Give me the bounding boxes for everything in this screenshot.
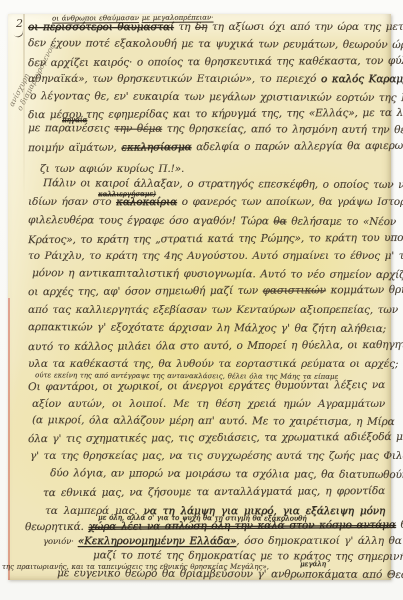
manuscript-line: φιλελευθέρα τους έγραφε όσο αγαθόν! Τώρα… bbox=[28, 214, 385, 229]
manuscript-text: υλα τα καθέκαστά της, θα λυθούν τα εορτα… bbox=[28, 358, 398, 370]
manuscript-line: αρπακτικών γ' εξοχότατε άρχισαν λη Μάλχο… bbox=[28, 321, 385, 336]
manuscript-text: δεν έχουν ποτέ εξακολουθή με τα ψυχικά τ… bbox=[28, 37, 403, 51]
manuscript-line: τα εθνικά μας, να ζήσουμε τα ανταλλάγματ… bbox=[43, 485, 385, 500]
manuscript-line: Κράτος», το κράτη της „στρατιά κατά της … bbox=[28, 232, 385, 247]
manuscript-text: αξίον αυτών, οι λοιποί. Με τη θέση χρειά… bbox=[32, 398, 385, 410]
manuscript-line: αθηναϊκά», των θρησκευτικών Εταιριών», τ… bbox=[28, 73, 385, 86]
manuscript-line: δύο λόγια, αν μπορώ να μοιράσω τα σχόλια… bbox=[50, 467, 385, 482]
manuscript-text: εκκλησίασμα bbox=[121, 141, 191, 153]
manuscript-text: όλα γ' τις σχηματικές μας, τις σχεδιάσει… bbox=[28, 431, 403, 445]
manuscript-text: από τας καλλιεργητάς εξεβίασαν των Κεντα… bbox=[28, 304, 398, 316]
manuscript-lines: οι άνθρωποι εθαύμασαν με μεγαλοπρέπειαν·… bbox=[0, 0, 403, 600]
manuscript-text: τα εθνικά μας, να ζήσουμε τα ανταλλάγματ… bbox=[43, 485, 385, 499]
manuscript-text: γονιόν· bbox=[43, 537, 78, 547]
manuscript-line: ο λέγοντας θε, εν' ευκαιρία των μεγάλων … bbox=[30, 90, 385, 105]
manuscript-text: καλοκαίρια bbox=[116, 196, 177, 208]
manuscript-text: με ευγενικό θεωρό θα θριαμβεύσουν γ' ανθ… bbox=[57, 567, 403, 581]
manuscript-text: δη bbox=[195, 21, 207, 33]
manuscript-text: την θέμα bbox=[114, 123, 162, 135]
manuscript-line: δεν έχουν ποτέ εξακολουθή με τα ψυχικά τ… bbox=[28, 37, 385, 52]
manuscript-text: Πάλιν οι καιροί άλλαξαν, ο στρατηγός επε… bbox=[43, 177, 403, 191]
manuscript-line: οι περισσότεροι θαυμασταί τη δη τη αξίωσ… bbox=[28, 21, 385, 34]
manuscript-text: μαζί το ποτέ της δημοκρατίας με το κράτο… bbox=[93, 549, 403, 563]
manuscript-line: αξίον αυτών, οι λοιποί. Με τη θέση χρειά… bbox=[32, 398, 385, 411]
manuscript-line: μεγάλη bbox=[300, 560, 326, 568]
manuscript-text: θα bbox=[273, 215, 286, 227]
manuscript-text: της θρησκείας, από το λησμόνη αυτή την θ… bbox=[162, 123, 403, 136]
manuscript-line: με παραινέσεις την θέμα της θρησκείας, α… bbox=[28, 122, 385, 137]
manuscript-text: ο καλός Καραμβίλης bbox=[321, 73, 403, 85]
manuscript-text: με παραινέσεις bbox=[28, 122, 114, 134]
manuscript-text: γ' τα της θρησκείας μας, να τις συγχωρέσ… bbox=[30, 450, 403, 462]
manuscript-line: μόνον η αντικαπιταλιστική φυσιογνωμία. Α… bbox=[32, 267, 385, 282]
manuscript-text: κομμάτων θρησκειών μας bbox=[326, 283, 403, 296]
manuscript-line: γ' τα της θρησκείας μας, να τις συγχωρέσ… bbox=[30, 450, 385, 463]
manuscript-text: φασιστικών bbox=[263, 284, 326, 296]
manuscript-text: ο λέγοντας θε, εν' ευκαιρία των μεγάλων … bbox=[30, 90, 403, 104]
manuscript-line: δεν αρχίζει καιρός· ο οποίος τα θρησκευτ… bbox=[28, 55, 385, 70]
manuscript-line: από τας καλλιεργητάς εξεβίασαν των Κεντα… bbox=[28, 304, 385, 317]
manuscript-text: οι αρχές της, αφ' όσον σημειωθή μαζί των bbox=[28, 285, 263, 298]
manuscript-line: αυτό το κάλλος μιλάει όλα στο αυτό, ο Μπ… bbox=[28, 339, 385, 354]
manuscript-text: αδελφία ο παρών αλλεργία θα αφιερωθή bbox=[191, 140, 403, 153]
manuscript-text: αυτό το κάλλος μιλάει όλα στο αυτό, ο Μπ… bbox=[28, 339, 403, 353]
manuscript-line: υλα τα καθέκαστά της, θα λυθούν τα εορτα… bbox=[28, 358, 385, 371]
manuscript-text: ποιμήν αϊμάτων, bbox=[28, 142, 121, 155]
manuscript-text: Κράτος», το κράτη της „στρατιά κατά της … bbox=[28, 232, 403, 247]
manuscript-text: «Κεκληρονομημένην Ελλάδα» bbox=[78, 535, 237, 547]
manuscript-line: οι αρχές της, αφ' όσον σημειωθή μαζί των… bbox=[28, 284, 385, 299]
manuscript-text: Οι φαντάροι, οι χωρικοί, οι άνεργοι εργά… bbox=[28, 379, 385, 393]
manuscript-text: αρπακτικών γ' εξοχότατε άρχισαν λη Μάλχο… bbox=[28, 321, 386, 335]
manuscript-text: το Ράιχλυ, το κράτη της 4ης Αυγούστου. Α… bbox=[28, 250, 403, 262]
manuscript-line: μαζί το ποτέ της δημοκρατίας με το κράτο… bbox=[93, 549, 385, 564]
scanned-manuscript-page: 2 ανίσχυρη ο διαμαρτυρόμενος οι άνθρωποι… bbox=[0, 0, 403, 600]
manuscript-text: μόνον η αντικαπιταλιστική φυσιογνωμία. Α… bbox=[32, 267, 403, 281]
manuscript-text: ο φανερός των αποίκων, θα γράψω Ιστορίαν bbox=[177, 196, 403, 208]
manuscript-text: δεν αρχίζει καιρός· ο οποίος τα θρησκευτ… bbox=[28, 55, 403, 69]
manuscript-line: ζι των αφιών κυρίως Π.!». bbox=[40, 163, 184, 176]
manuscript-text: θα σχηματίση bbox=[396, 518, 403, 530]
manuscript-line: θεωρητικά. χώρα λέει να απλώση όλη την κ… bbox=[25, 519, 385, 534]
manuscript-text: τη αξίωσι όχι από την ώρα της μεταπολέμο… bbox=[207, 21, 403, 33]
manuscript-text: ζι των αφιών κυρίως Π.!». bbox=[40, 163, 184, 175]
manuscript-line: ποιμήν αϊμάτων, εκκλησίασμα αδελφία ο πα… bbox=[28, 140, 385, 155]
manuscript-text: θελήσαμε το «Νέον bbox=[287, 215, 397, 228]
manuscript-line: με ευγενικό θεωρό θα θριαμβεύσουν γ' ανθ… bbox=[57, 567, 385, 582]
manuscript-text: χώρα λέει να απλώση όλη την καλά στον κό… bbox=[88, 519, 395, 533]
manuscript-text: (α μικροί, όλα αλλάζουν μέρη απ' αυτό. Μ… bbox=[32, 414, 395, 428]
manuscript-text: μεγάλη bbox=[300, 560, 326, 568]
manuscript-text: αθηναϊκά», των θρησκευτικών Εταιριών», τ… bbox=[28, 73, 321, 85]
manuscript-line: Πάλιν οι καιροί άλλαξαν, ο στρατηγός επε… bbox=[43, 177, 385, 192]
manuscript-text: ιδίων ήσαν στο bbox=[28, 196, 116, 208]
manuscript-text: οι περισσότεροι θαυμασταί bbox=[28, 21, 174, 33]
manuscript-line: γονιόν· «Κεκληρονομημένην Ελλάδα», όσο δ… bbox=[43, 535, 385, 549]
manuscript-line: (α μικροί, όλα αλλάζουν μέρη απ' αυτό. Μ… bbox=[32, 414, 385, 429]
manuscript-line: Οι φαντάροι, οι χωρικοί, οι άνεργοι εργά… bbox=[28, 379, 385, 394]
manuscript-line: ιδίων ήσαν στο καλοκαίρια ο φανερός των … bbox=[28, 196, 385, 209]
manuscript-line: το Ράιχλυ, το κράτη της 4ης Αυγούστου. Α… bbox=[28, 250, 385, 263]
manuscript-text: δύο λόγια, αν μπορώ να μοιράσω τα σχόλια… bbox=[50, 467, 403, 481]
manuscript-text: φιλελευθέρα τους έγραφε όσο αγαθόν! Τώρα bbox=[28, 214, 273, 227]
manuscript-line: όλα γ' τις σχηματικές μας, τις σχεδιάσει… bbox=[28, 431, 385, 446]
manuscript-text: θεωρητικά. bbox=[25, 521, 88, 533]
manuscript-text: , όσο δημοκρατικοί γ' άλλη θα σκεφθήκαν, bbox=[236, 535, 403, 547]
manuscript-text: τη bbox=[174, 21, 195, 33]
